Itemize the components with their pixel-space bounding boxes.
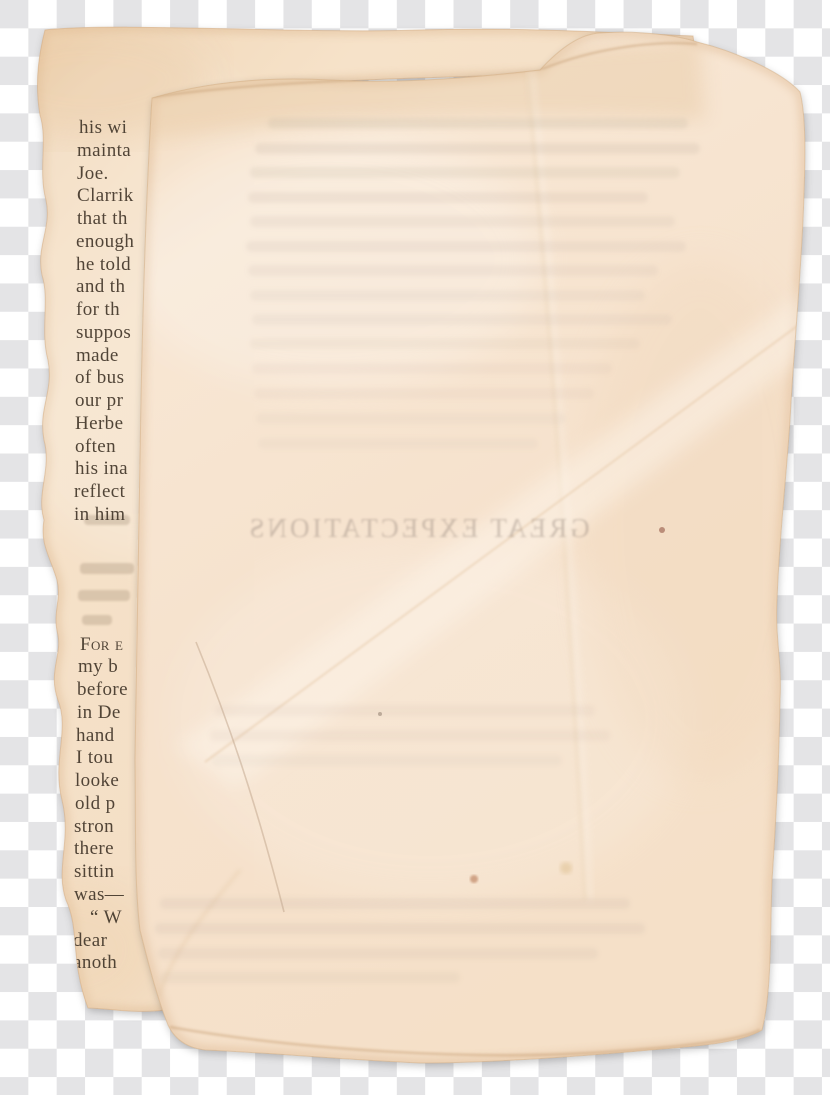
book-text-line: often xyxy=(75,436,116,457)
book-text-line: and th xyxy=(76,276,125,297)
book-text-line: of bus xyxy=(75,367,124,388)
book-text-line: my b xyxy=(78,656,118,677)
book-text-line: I tou xyxy=(76,747,113,768)
book-text-line: Clarrik xyxy=(77,185,134,206)
stain-speck xyxy=(378,712,382,716)
book-text-line: Joe. xyxy=(77,163,109,184)
stain-yellow xyxy=(560,862,572,874)
stain-speck xyxy=(659,527,665,533)
ghost-title-text: GREAT EXPECTATIONS xyxy=(246,513,589,543)
book-text-line: old p xyxy=(75,793,116,814)
book-text-line: for th xyxy=(76,299,120,320)
book-text-line: reflect xyxy=(74,481,126,502)
book-text-line: mainta xyxy=(77,140,131,161)
book-text-line: For e xyxy=(80,634,123,655)
book-text-line: stron xyxy=(74,816,114,837)
book-text-line: our pr xyxy=(75,390,124,411)
book-text-line: looke xyxy=(75,770,119,791)
book-text-line: Herbe xyxy=(75,413,123,434)
stain-brown xyxy=(470,875,478,883)
book-text-line: anoth xyxy=(73,952,117,973)
book-text-line: hand xyxy=(76,725,115,746)
book-text-line: suppos xyxy=(76,322,131,343)
book-text-line: in De xyxy=(77,702,121,723)
book-text-line: dear xyxy=(73,930,108,951)
transparent-checkerboard-background: his wi mainta Joe. Clarrik that th enoug… xyxy=(0,0,830,1095)
book-text-line: enough xyxy=(76,231,134,252)
book-text-line: was— xyxy=(74,884,125,905)
book-text-line: he told xyxy=(76,254,131,275)
book-text-line: in him xyxy=(74,504,126,525)
book-text-line: his ina xyxy=(75,458,128,479)
book-text-line: before xyxy=(77,679,128,700)
book-text-line: his wi xyxy=(79,117,127,138)
book-text-line: “ W xyxy=(90,907,122,928)
book-text-line: sittin xyxy=(74,861,115,882)
book-text-line: there xyxy=(74,838,114,859)
book-text-line: made xyxy=(76,345,119,366)
front-sheet-paper: GREAT EXPECTATIONS xyxy=(120,32,820,1063)
aged-paper-scene: his wi mainta Joe. Clarrik that th enoug… xyxy=(0,0,830,1095)
ghost-title-mirrored: GREAT EXPECTATIONS xyxy=(246,513,589,543)
book-text-line: that th xyxy=(77,208,128,229)
